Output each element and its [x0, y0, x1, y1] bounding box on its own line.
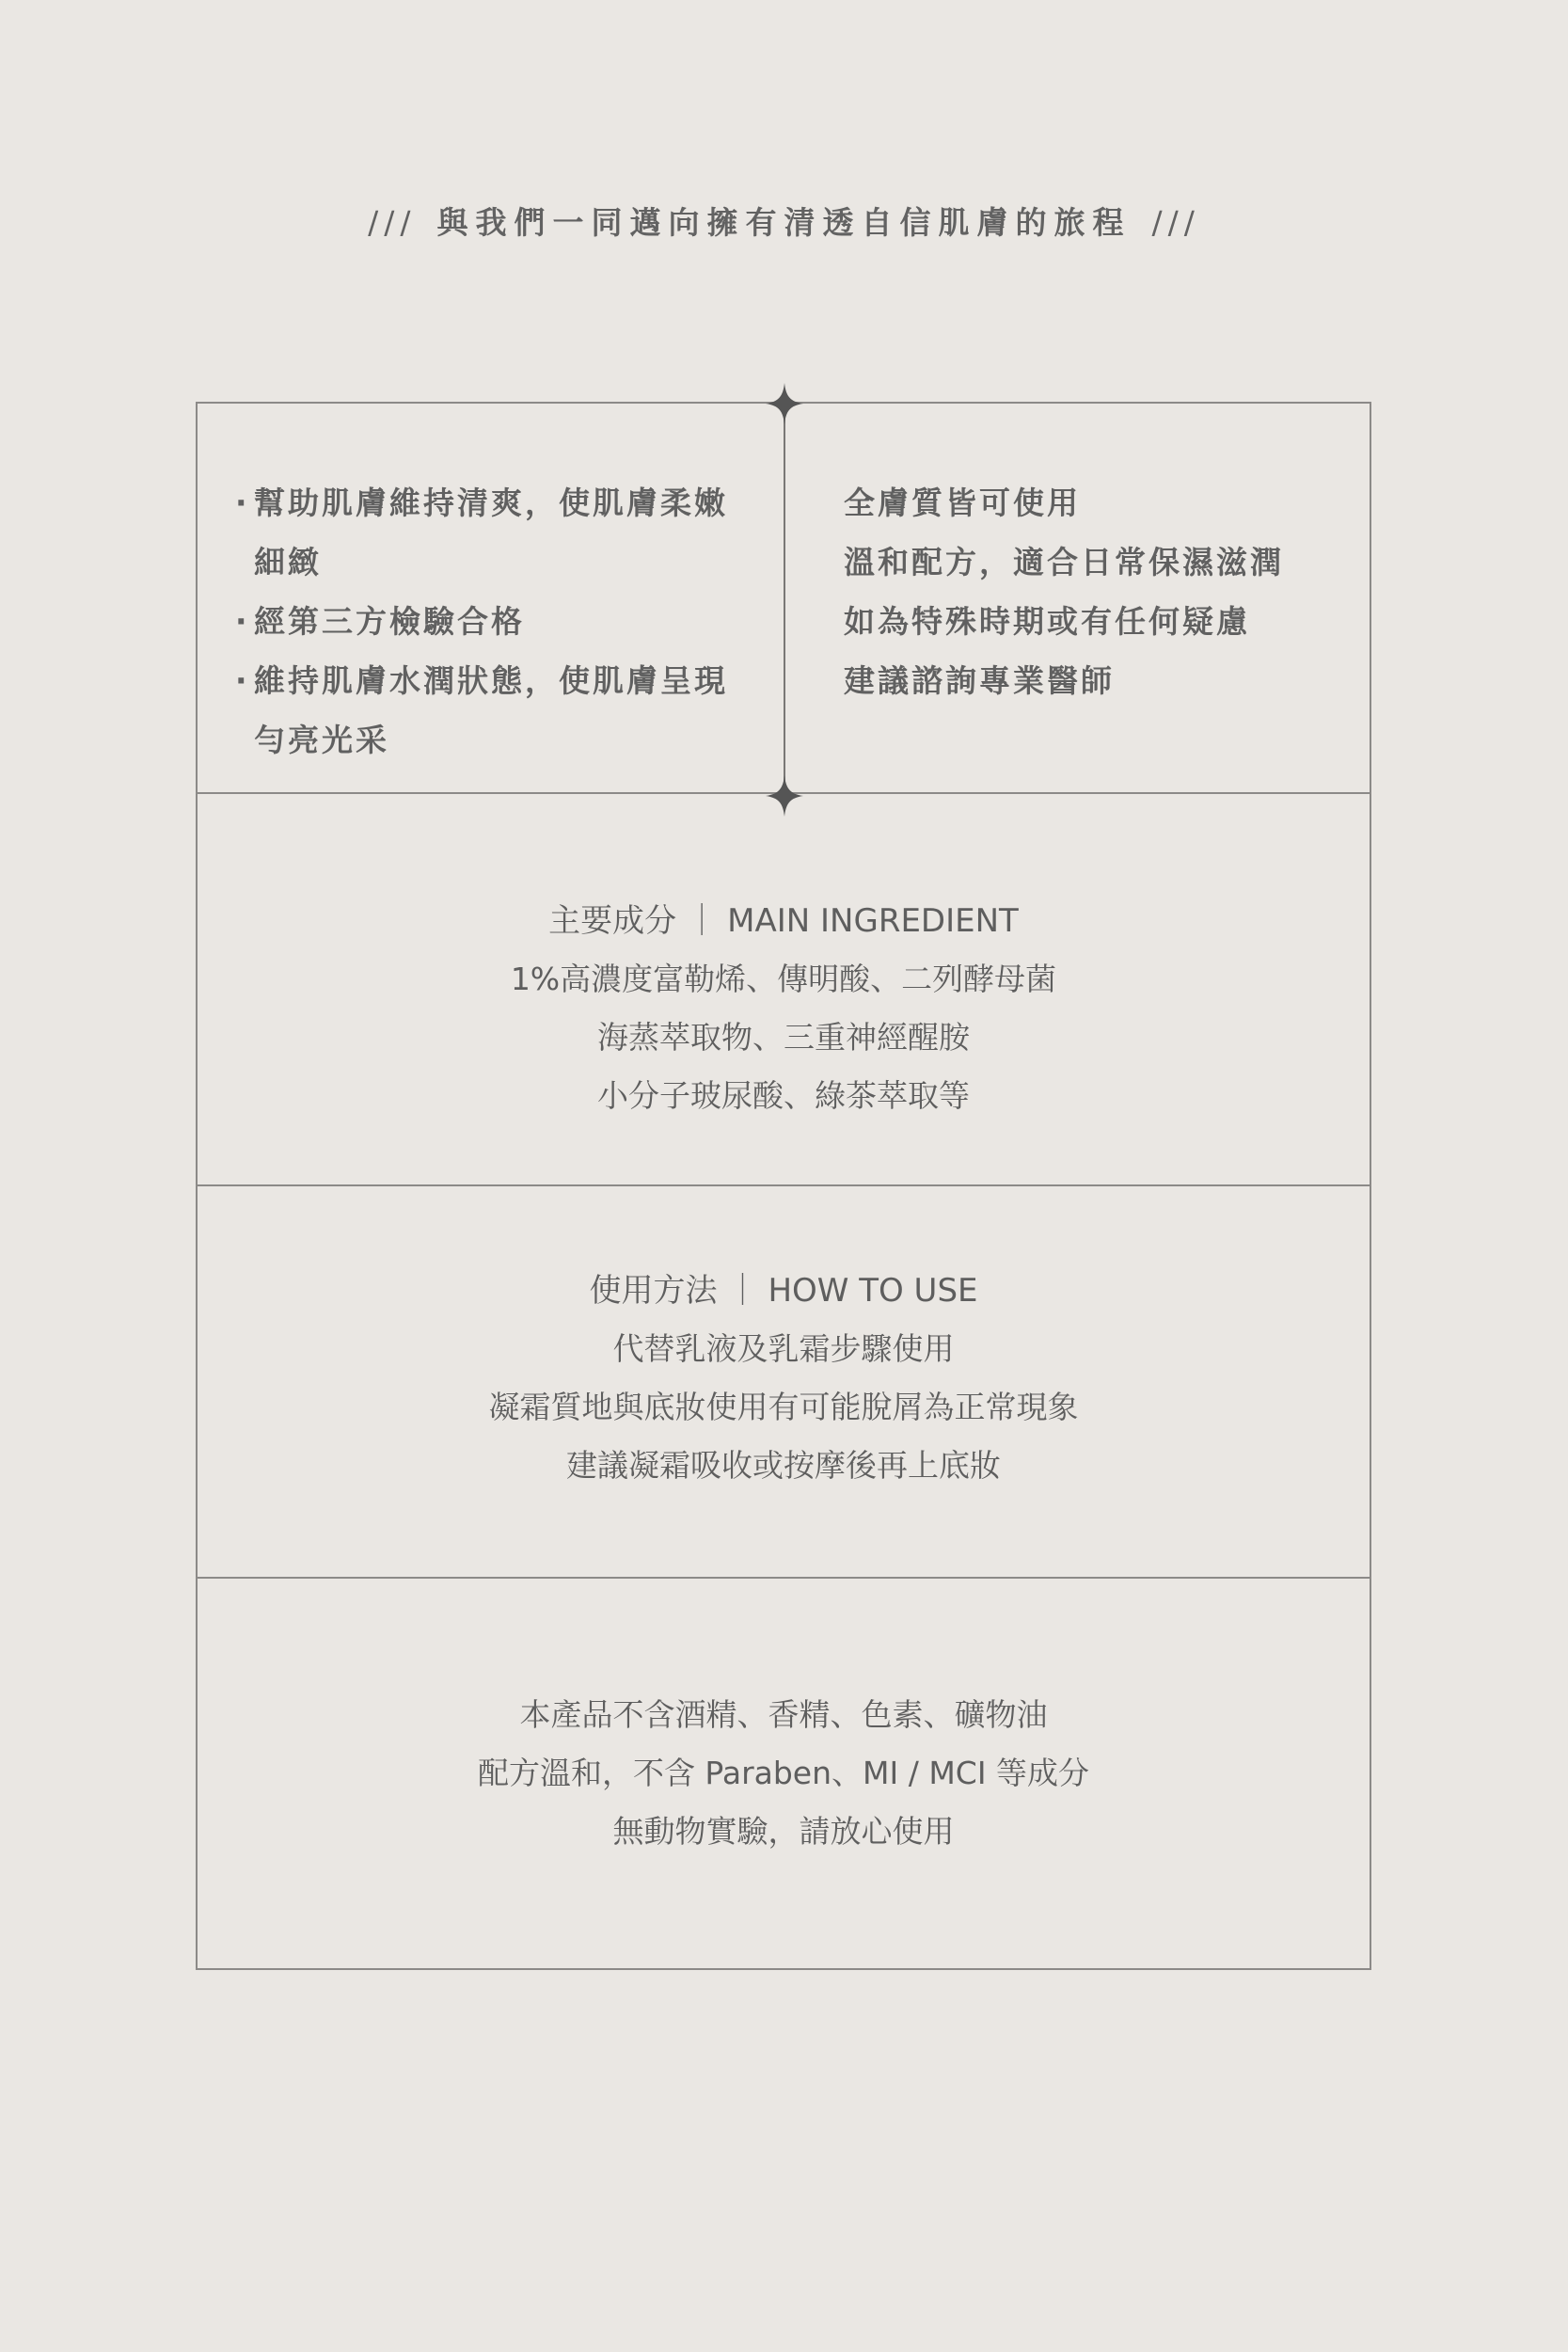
- benefit-item: · 維持肌膚水潤狀態，使肌膚呈現 勻亮光采: [233, 651, 760, 770]
- usage-heading-en: HOW TO USE: [768, 1272, 977, 1310]
- ingredients-section: 主要成分｜MAIN INGREDIENT 1%高濃度富勒烯、傳明酸、二列酵母菌 …: [198, 796, 1370, 1186]
- ingredients-heading-en: MAIN INGREDIENT: [727, 902, 1019, 940]
- title-text: 與我們一同邁向擁有清透自信肌膚的旅程: [437, 204, 1132, 241]
- suitability-notes: 全膚質皆可使用 溫和配方，適合日常保濕滋潤 如為特殊時期或有任何疑慮 建議諮詢專…: [844, 473, 1352, 710]
- ingredients-content: 主要成分｜MAIN INGREDIENT 1%高濃度富勒烯、傳明酸、二列酵母菌 …: [198, 892, 1370, 1125]
- usage-section: 使用方法｜HOW TO USE 代替乳液及乳霜步驟使用 凝霜質地與底妝使用有可能…: [198, 1188, 1370, 1579]
- suitability-line: 全膚質皆可使用: [844, 473, 1352, 532]
- usage-heading-zh: 使用方法: [589, 1272, 717, 1310]
- ingredients-line: 小分子玻尿酸、綠茶萃取等: [198, 1067, 1370, 1125]
- free-from-line: 無動物實驗，請放心使用: [198, 1803, 1370, 1861]
- usage-content: 使用方法｜HOW TO USE 代替乳液及乳霜步驟使用 凝霜質地與底妝使用有可能…: [198, 1262, 1370, 1495]
- free-from-content: 本產品不含酒精、香精、色素、礦物油 配方溫和，不含 Paraben、MI / M…: [198, 1686, 1370, 1861]
- usage-line: 凝霜質地與底妝使用有可能脫屑為正常現象: [198, 1378, 1370, 1437]
- benefit-text-line: 幫助肌膚維持清爽，使肌膚柔嫩: [254, 473, 760, 532]
- usage-heading: 使用方法｜HOW TO USE: [198, 1262, 1370, 1320]
- ingredients-heading: 主要成分｜MAIN INGREDIENT: [198, 892, 1370, 950]
- bullet-icon: ·: [235, 592, 247, 651]
- benefits-list: · 幫助肌膚維持清爽，使肌膚柔嫩 細緻 · 經第三方檢驗合格 · 維持肌膚水潤狀…: [233, 473, 760, 770]
- suitability-line: 建議諮詢專業醫師: [844, 651, 1352, 710]
- suitability-line: 如為特殊時期或有任何疑慮: [844, 592, 1352, 651]
- bullet-icon: ·: [235, 473, 247, 532]
- benefit-text-line: 維持肌膚水潤狀態，使肌膚呈現: [254, 651, 760, 710]
- usage-line: 建議凝霜吸收或按摩後再上底妝: [198, 1437, 1370, 1495]
- title-suffix-slashes: ///: [1152, 204, 1200, 241]
- ingredients-line: 1%高濃度富勒烯、傳明酸、二列酵母菌: [198, 950, 1370, 1009]
- benefit-text-line: 細緻: [254, 532, 760, 592]
- heading-separator: ｜: [686, 892, 718, 950]
- heading-separator: ｜: [726, 1262, 758, 1320]
- free-from-line: 配方溫和，不含 Paraben、MI / MCI 等成分: [198, 1744, 1370, 1803]
- benefit-text-line: 經第三方檢驗合格: [254, 592, 760, 651]
- sparkle-icon: [766, 383, 803, 424]
- ingredients-heading-zh: 主要成分: [548, 902, 676, 940]
- free-from-line: 本產品不含酒精、香精、色素、礦物油: [198, 1686, 1370, 1744]
- free-from-section: 本產品不含酒精、香精、色素、礦物油 配方溫和，不含 Paraben、MI / M…: [198, 1581, 1370, 1968]
- title-prefix-slashes: ///: [368, 204, 416, 241]
- benefit-item: · 幫助肌膚維持清爽，使肌膚柔嫩 細緻: [233, 473, 760, 592]
- product-info-panel: · 幫助肌膚維持清爽，使肌膚柔嫩 細緻 · 經第三方檢驗合格 · 維持肌膚水潤狀…: [196, 402, 1371, 1970]
- column-divider: [784, 404, 785, 794]
- usage-line: 代替乳液及乳霜步驟使用: [198, 1320, 1370, 1378]
- benefit-item: · 經第三方檢驗合格: [233, 592, 760, 651]
- ingredients-line: 海蒸萃取物、三重神經醒胺: [198, 1009, 1370, 1067]
- suitability-line: 溫和配方，適合日常保濕滋潤: [844, 532, 1352, 592]
- benefit-text-line: 勻亮光采: [254, 710, 760, 770]
- page-title: ///與我們一同邁向擁有清透自信肌膚的旅程///: [0, 199, 1568, 246]
- bullet-icon: ·: [235, 651, 247, 710]
- benefits-suitability-row: · 幫助肌膚維持清爽，使肌膚柔嫩 細緻 · 經第三方檢驗合格 · 維持肌膚水潤狀…: [198, 404, 1370, 794]
